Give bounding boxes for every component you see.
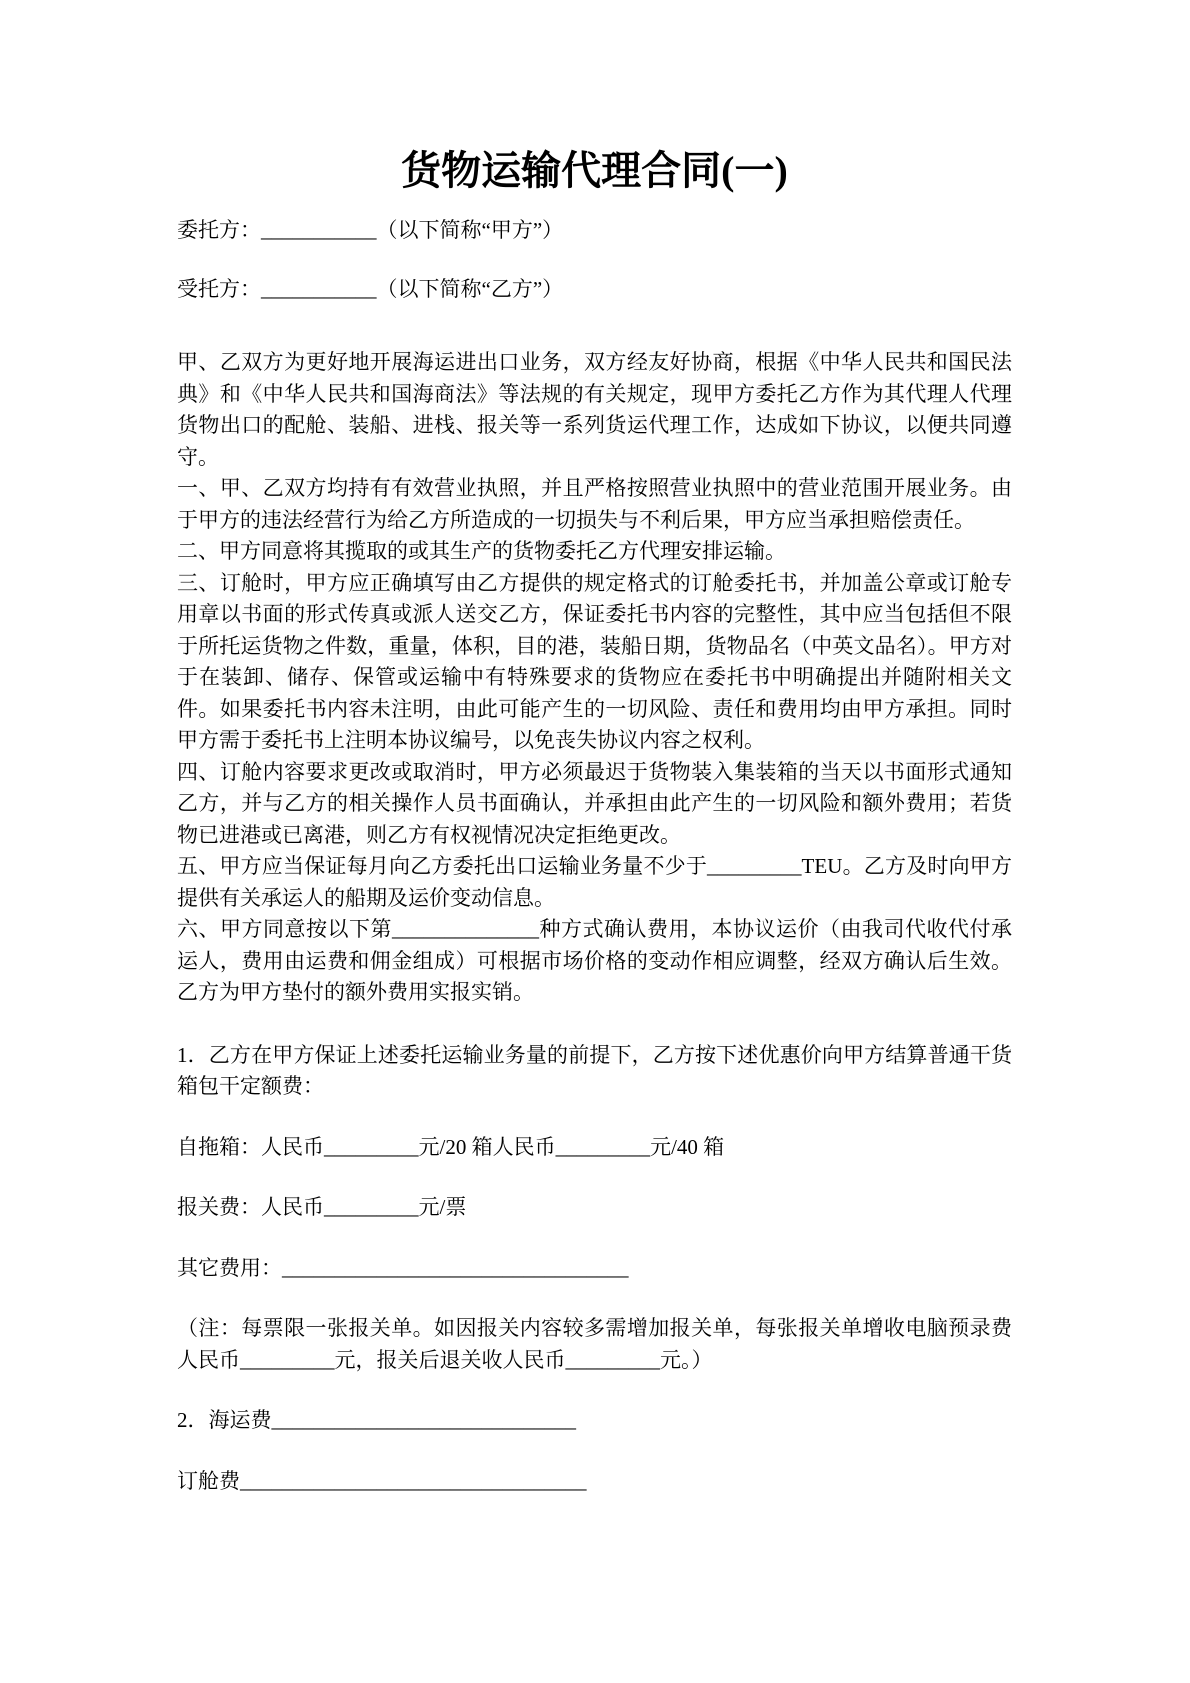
entrusted-party-line: 受托方：___________（以下简称“乙方”）	[177, 274, 1012, 306]
note-paragraph: （注：每票限一张报关单。如因报关内容较多需增加报关单，每张报关单增收电脑预录费人…	[177, 1313, 1012, 1376]
self-trailer-fee-line: 自拖箱：人民币_________元/20 箱人民币_________元/40 箱	[177, 1132, 1012, 1164]
clause-4: 四、订舱内容要求更改或取消时，甲方必须最迟于货物装入集装箱的当天以书面形式通知乙…	[177, 757, 1012, 852]
sea-freight-line: 2．海运费_____________________________	[177, 1405, 1012, 1437]
clause-1: 一、甲、乙双方均持有有效营业执照，并且严格按照营业执照中的营业范围开展业务。由于…	[177, 473, 1012, 536]
booking-fee-line: 订舱费_________________________________	[177, 1466, 1012, 1498]
other-fees-line: 其它费用：_________________________________	[177, 1253, 1012, 1285]
preamble-paragraph: 甲、乙双方为更好地开展海运进出口业务，双方经友好协商，根据《中华人民共和国民法典…	[177, 347, 1012, 473]
document-page: 货物运输代理合同(一) 委托方：___________（以下简称“甲方”） 受托…	[0, 0, 1190, 1683]
clause-2: 二、甲方同意将其揽取的或其生产的货物委托乙方代理安排运输。	[177, 536, 1012, 568]
clause-5: 五、甲方应当保证每月向乙方委托出口运输业务量不少于_________TEU。乙方…	[177, 851, 1012, 914]
clause-3: 三、订舱时，甲方应正确填写由乙方提供的规定格式的订舱委托书，并加盖公章或订舱专用…	[177, 568, 1012, 757]
customs-fee-line: 报关费：人民币_________元/票	[177, 1192, 1012, 1224]
clause-6: 六、甲方同意按以下第______________种方式确认费用，本协议运价（由我…	[177, 914, 1012, 1009]
fee-intro-paragraph: 1．乙方在甲方保证上述委托运输业务量的前提下，乙方按下述优惠价向甲方结算普通干货…	[177, 1040, 1012, 1103]
entrusting-party-line: 委托方：___________（以下简称“甲方”）	[177, 215, 1012, 247]
document-title: 货物运输代理合同(一)	[177, 145, 1012, 197]
